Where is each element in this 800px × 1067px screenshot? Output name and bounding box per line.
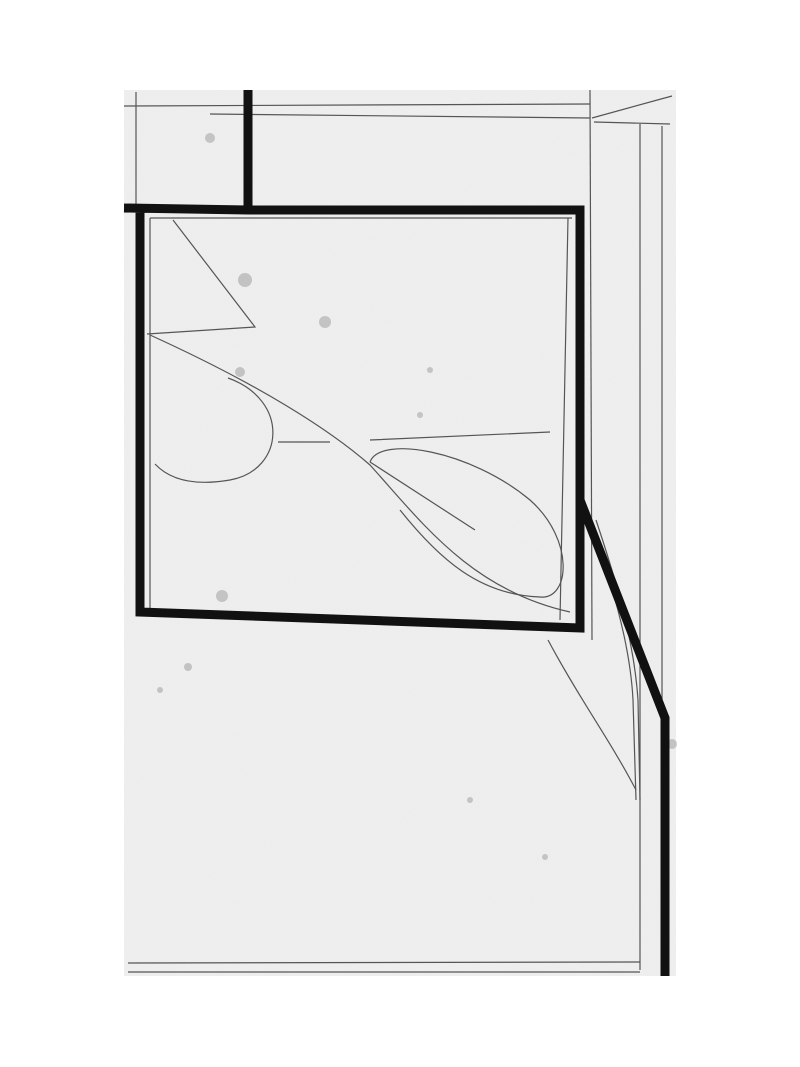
artwork-canvas (0, 0, 800, 1067)
